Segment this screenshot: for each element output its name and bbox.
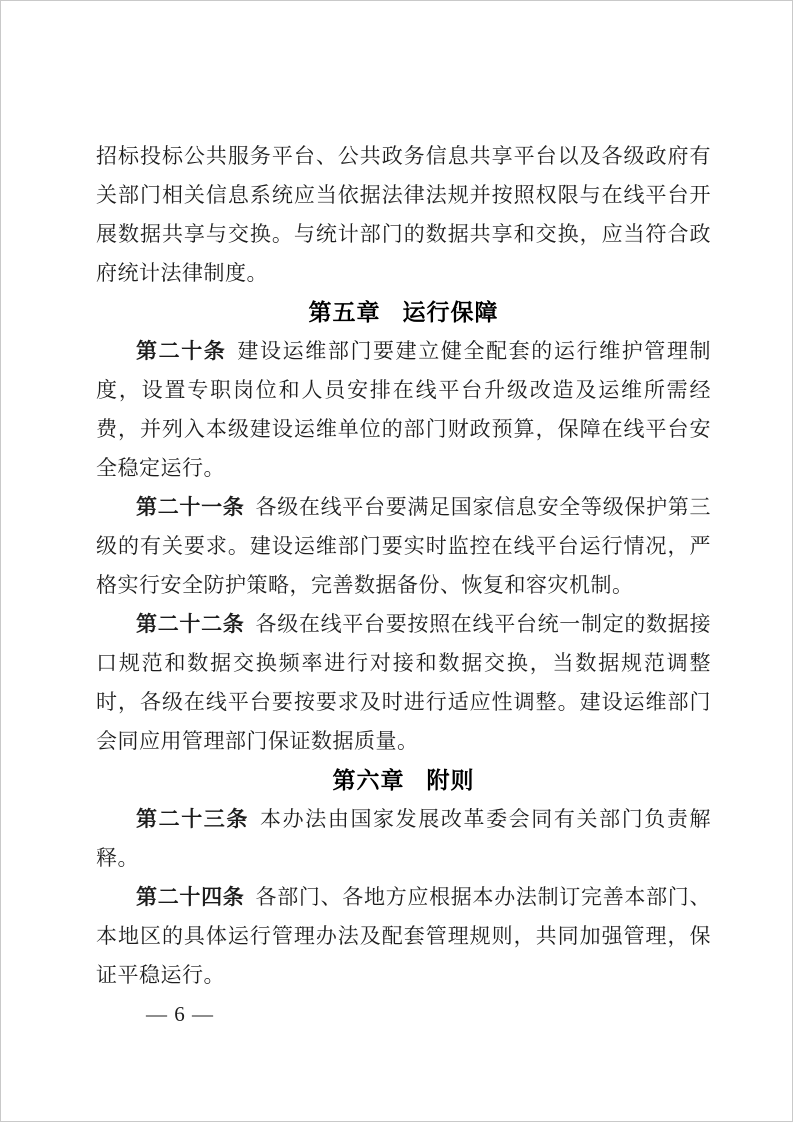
page-number: — 6 — — [146, 995, 711, 1034]
chapter-title: 运行保障 — [403, 299, 499, 325]
paragraph-article-22: 第二十二条各级在线平台要按照在线平台统一制定的数据接口规范和数据交换频率进行对接… — [96, 605, 711, 761]
paragraph-text: 招标投标公共服务平台、公共政务信息共享平台以及各级政府有关部门相关信息系统应当依… — [96, 144, 711, 285]
article-number: 第二十二条 — [136, 613, 245, 636]
article-number: 第二十三条 — [136, 808, 249, 831]
chapter-number: 第五章 — [309, 299, 381, 325]
chapter-heading-6: 第六章附则 — [96, 761, 711, 800]
article-number: 第二十条 — [136, 340, 226, 363]
chapter-heading-5: 第五章运行保障 — [96, 293, 711, 332]
chapter-number: 第六章 — [333, 767, 405, 793]
paragraph-article-21: 第二十一条各级在线平台要满足国家信息安全等级保护第三级的有关要求。建设运维部门要… — [96, 488, 711, 605]
document-body: 招标投标公共服务平台、公共政务信息共享平台以及各级政府有关部门相关信息系统应当依… — [96, 137, 711, 1034]
paragraph-article-24: 第二十四条各部门、各地方应根据本办法制订完善本部门、本地区的具体运行管理办法及配… — [96, 878, 711, 995]
article-number: 第二十四条 — [136, 886, 245, 909]
paragraph-article-23: 第二十三条本办法由国家发展改革委会同有关部门负责解释。 — [96, 800, 711, 878]
document-page: 招标投标公共服务平台、公共政务信息共享平台以及各级政府有关部门相关信息系统应当依… — [0, 0, 793, 1122]
article-number: 第二十一条 — [136, 496, 245, 519]
chapter-title: 附则 — [427, 767, 475, 793]
paragraph-article-20: 第二十条建设运维部门要建立健全配套的运行维护管理制度，设置专职岗位和人员安排在线… — [96, 332, 711, 488]
paragraph-continuation: 招标投标公共服务平台、公共政务信息共享平台以及各级政府有关部门相关信息系统应当依… — [96, 137, 711, 293]
